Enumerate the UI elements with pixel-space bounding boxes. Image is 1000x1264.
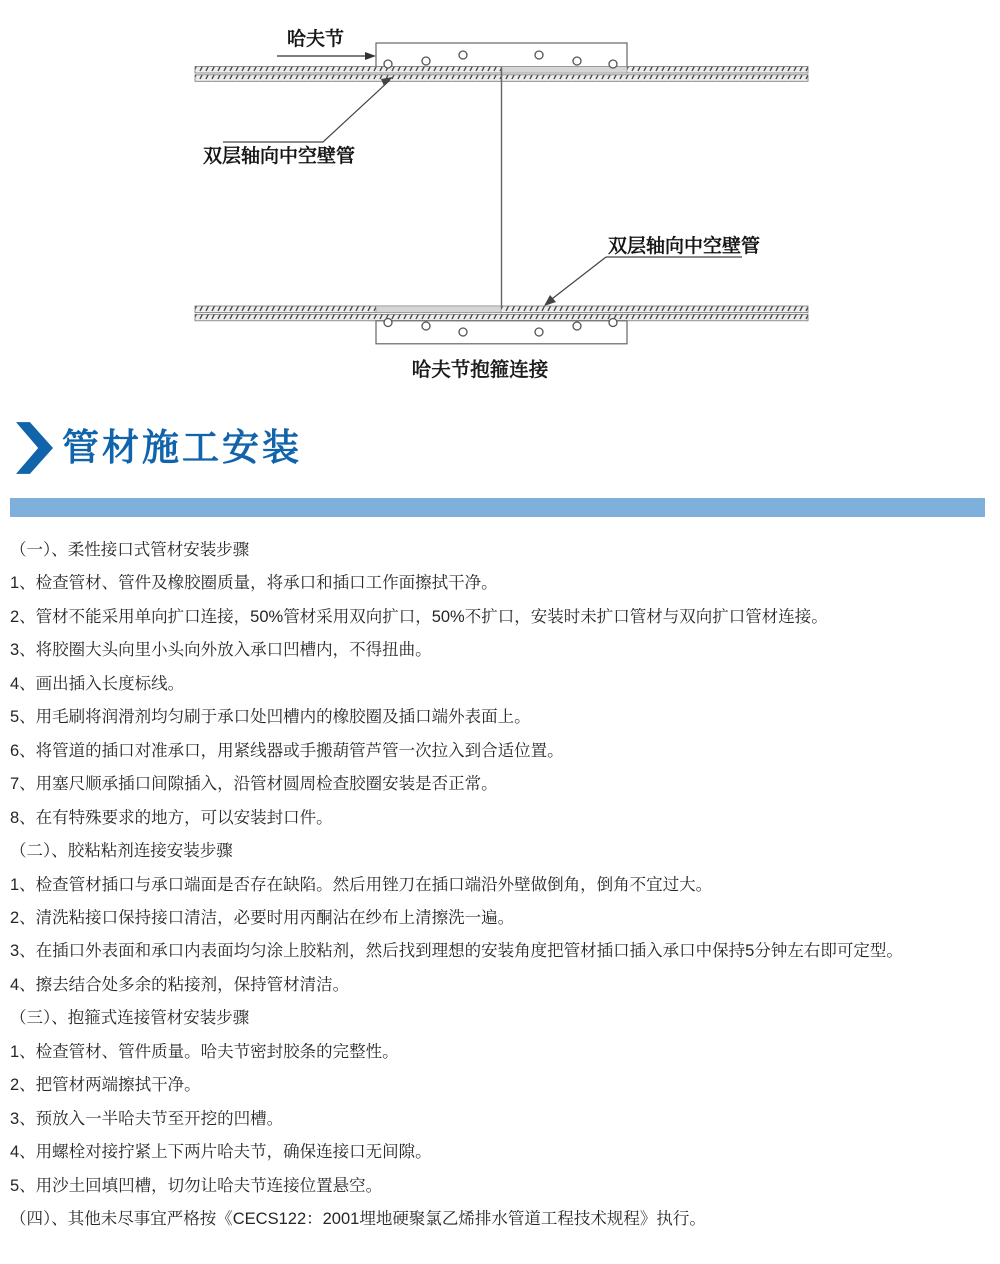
instruction-line: 5、用沙土回填凹槽，切勿让哈夫节连接位置悬空。 (10, 1170, 996, 1203)
section-heading: （二）、胶粘粘剂连接安装步骤 (10, 835, 996, 868)
instruction-line: 4、用螺栓对接拧紧上下两片哈夫节，确保连接口无间隙。 (10, 1136, 996, 1169)
bottom-pipe-leader (544, 257, 742, 306)
diagram-label-huff-joint: 哈夫节 (287, 27, 344, 50)
instruction-line: 8、在有特殊要求的地方，可以安装封口件。 (10, 802, 996, 835)
bottom-pipe (195, 306, 808, 321)
instruction-line: 7、用塞尺顺承插口间隙插入，沿管材圆周检查胶圈安装是否正常。 (10, 768, 996, 801)
instruction-line: 3、预放入一半哈夫节至开挖的凹槽。 (10, 1103, 996, 1136)
pipe-connection-diagram: 哈夫节 双层轴向中空壁管 双层轴向中空壁管 哈夫节抱箍连接 (0, 0, 1000, 395)
chevron-right-icon (16, 421, 53, 475)
instruction-line: 6、将管道的插口对准承口，用紧线器或手搬葫管芦管一次拉入到合适位置。 (10, 735, 996, 768)
top-clamp (376, 43, 627, 67)
section-heading: （一）、柔性接口式管材安装步骤 (10, 534, 996, 567)
installation-instructions: （一）、柔性接口式管材安装步骤 1、检查管材、管件及橡胶圈质量，将承口和插口工作… (10, 534, 996, 1237)
instruction-line: 1、检查管材、管件质量。哈夫节密封胶条的完整性。 (10, 1036, 996, 1069)
instruction-line: 2、清洗粘接口保持接口清洁，必要时用丙酮沾在纱布上清擦洗一遍。 (10, 902, 996, 935)
instruction-line: 3、在插口外表面和承口内表面均匀涂上胶粘剂，然后找到理想的安装角度把管材插口插入… (10, 935, 996, 968)
bottom-clamp (376, 321, 627, 344)
huff-joint-arrow (277, 52, 376, 60)
section-header: 管材施工安装 (16, 419, 302, 477)
page-title: 管材施工安装 (62, 421, 302, 475)
top-pipe-leader (223, 77, 393, 142)
instruction-line: 1、检查管材插口与承口端面是否存在缺陷。然后用锉刀在插口端沿外壁做倒角，倒角不宜… (10, 869, 996, 902)
diagram-caption: 哈夫节抱箍连接 (412, 358, 549, 381)
diagram-label-pipe-top: 双层轴向中空壁管 (203, 144, 355, 167)
diagram-label-pipe-bottom: 双层轴向中空壁管 (608, 234, 760, 257)
instruction-line: 2、管材不能采用单向扩口连接，50%管材采用双向扩口，50%不扩口，安装时未扩口… (10, 601, 996, 634)
section-heading: （四）、其他未尽事宜严格按《CECS122：2001埋地硬聚氯乙烯排水管道工程技… (10, 1203, 996, 1236)
section-heading: （三）、抱箍式连接管材安装步骤 (10, 1002, 996, 1035)
instruction-line: 1、检查管材、管件及橡胶圈质量，将承口和插口工作面擦拭干净。 (10, 567, 996, 600)
instruction-line: 2、把管材两端擦拭干净。 (10, 1069, 996, 1102)
instruction-line: 3、将胶圈大头向里小头向外放入承口凹槽内，不得扭曲。 (10, 634, 996, 667)
instruction-line: 5、用毛刷将润滑剂均匀刷于承口处凹槽内的橡胶圈及插口端外表面上。 (10, 701, 996, 734)
section-divider-bar (10, 498, 985, 517)
instruction-line: 4、擦去结合处多余的粘接剂，保持管材清洁。 (10, 969, 996, 1002)
instruction-line: 4、画出插入长度标线。 (10, 668, 996, 701)
